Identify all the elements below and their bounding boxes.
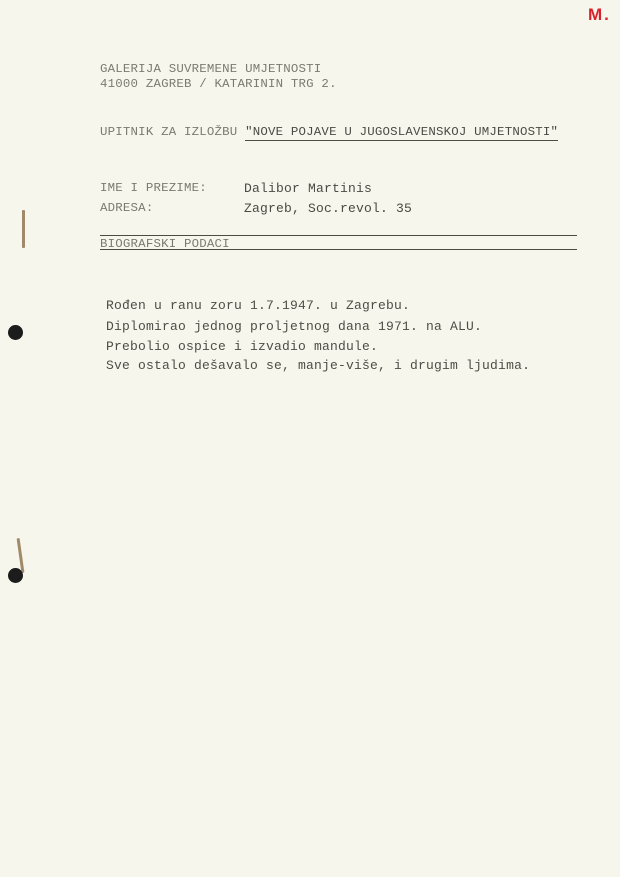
field-label-name: IME I PREZIME: <box>100 181 207 195</box>
bio-line: Rođen u ranu zoru 1.7.1947. u Zagrebu. <box>106 298 410 313</box>
handwritten-annotation: M. <box>588 5 611 25</box>
exhibition-title: "NOVE POJAVE U JUGOSLAVENSKOJ UMJETNOSTI… <box>245 125 558 141</box>
staple-mark-top <box>22 210 25 248</box>
institution-name: GALERIJA SUVREMENE UMJETNOSTI <box>100 62 321 76</box>
section-rule-top <box>100 235 577 236</box>
bio-line: Sve ostalo dešavalo se, manje-više, i dr… <box>106 358 530 373</box>
punch-hole-bottom <box>8 568 23 583</box>
form-title: UPITNIK ZA IZLOŽBU "NOVE POJAVE U JUGOSL… <box>100 125 558 139</box>
punch-hole-top <box>8 325 23 340</box>
document-page: M. GALERIJA SUVREMENE UMJETNOSTI 41000 Z… <box>0 0 620 877</box>
field-label-address: ADRESA: <box>100 201 153 215</box>
field-value-address: Zagreb, Soc.revol. 35 <box>244 201 412 216</box>
institution-address: 41000 ZAGREB / KATARININ TRG 2. <box>100 77 337 91</box>
bio-line: Prebolio ospice i izvadio mandule. <box>106 339 378 354</box>
bio-line: Diplomirao jednog proljetnog dana 1971. … <box>106 319 482 334</box>
field-value-name: Dalibor Martinis <box>244 181 372 196</box>
section-rule-bottom <box>100 249 577 250</box>
form-title-prefix: UPITNIK ZA IZLOŽBU <box>100 125 245 139</box>
